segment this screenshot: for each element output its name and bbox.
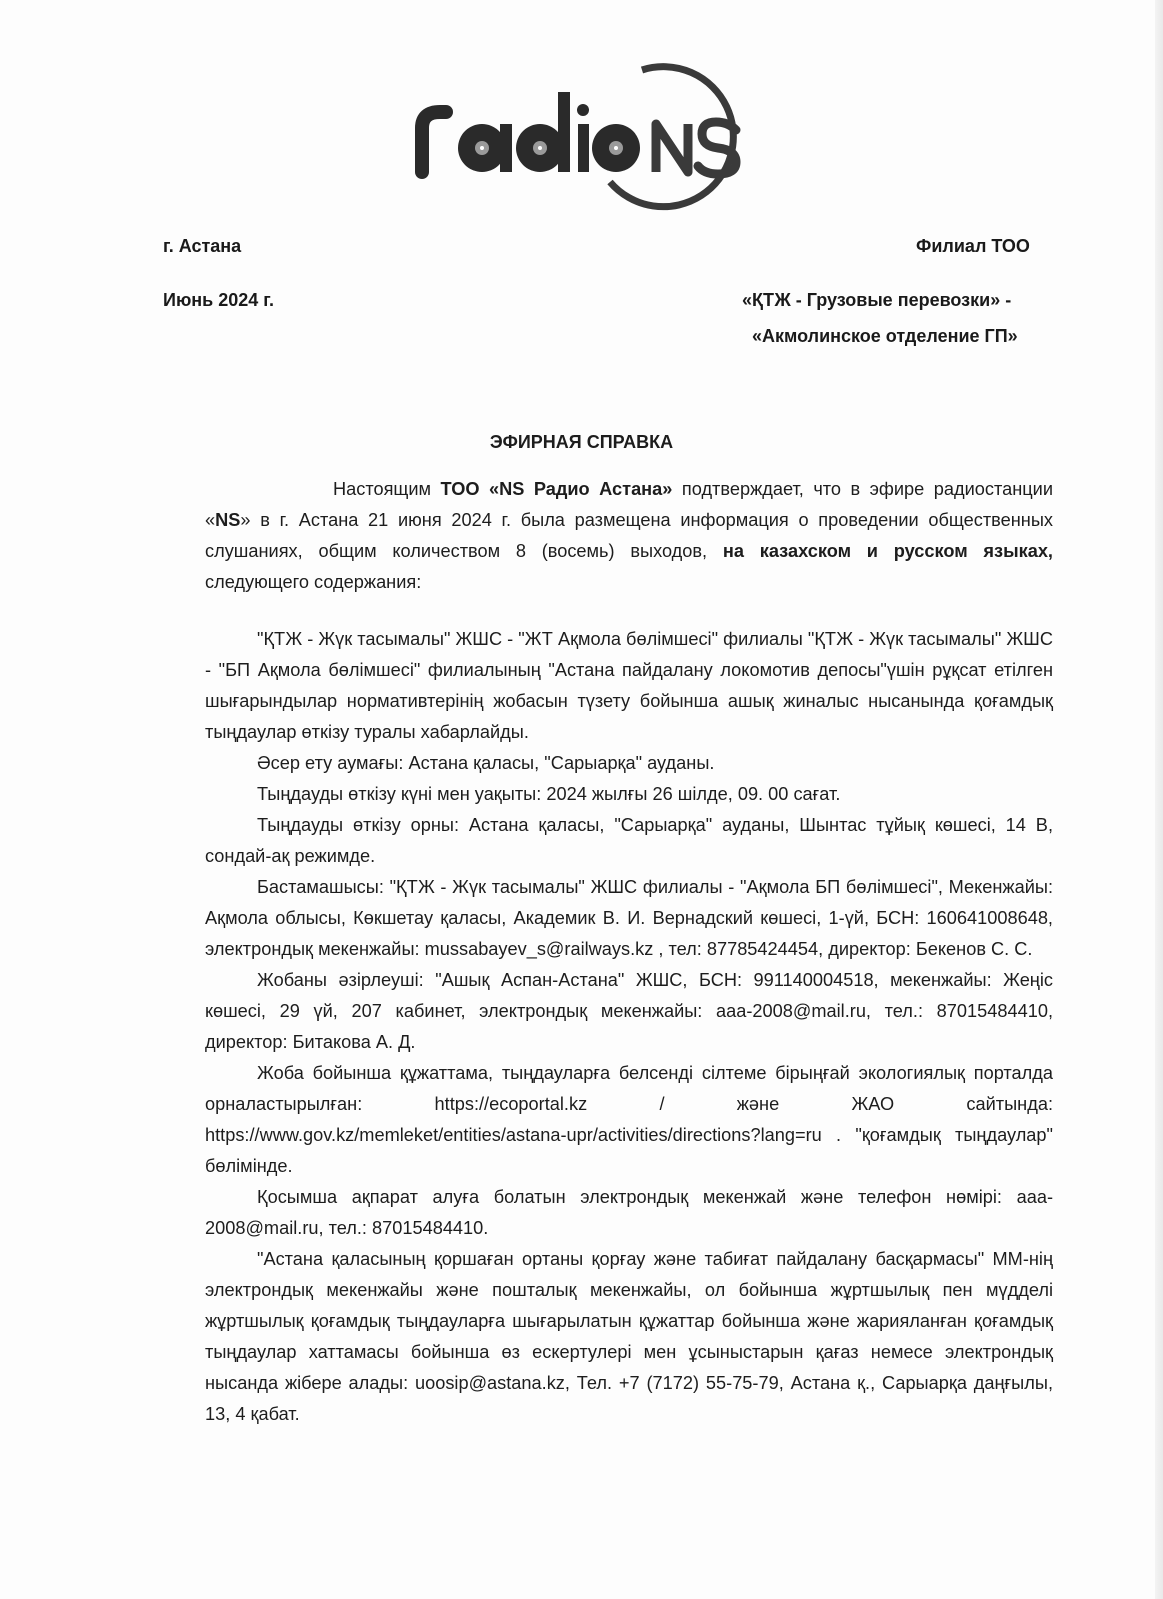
document-page: г. Астана Июнь 2024 г. Филиал ТОО «ҚТЖ -… [0, 0, 1163, 1599]
announcement-paragraph: "ҚТЖ - Жүк тасымалы" ЖШС - "ЖТ Ақмола бө… [205, 624, 1053, 748]
document-title: ЭФИРНАЯ СПРАВКА [0, 432, 1163, 453]
authority-paragraph: "Астана қаласының қоршаған ортаны қорғау… [205, 1244, 1053, 1430]
impact-area-paragraph: Әсер ету аумағы: Астана қаласы, "Сарыарқ… [205, 748, 1053, 779]
header-recipient-line2: «ҚТЖ - Грузовые перевозки» - [742, 290, 1011, 311]
intro-languages: на казахском и русском языках, [723, 541, 1053, 561]
intro-station: NS [215, 510, 240, 530]
developer-paragraph: Жобаны әзірлеуші: "Ашық Аспан-Астана" ЖШ… [205, 965, 1053, 1058]
intro-paragraph: Настоящим ТОО «NS Радио Астана» подтверж… [205, 474, 1053, 598]
header-recipient-line3: «Акмолинское отделение ГП» [752, 326, 1018, 347]
intro-company: ТОО «NS Радио Астана» [441, 479, 673, 499]
intro-text-4: следующего содержания: [205, 572, 421, 592]
header-recipient-line1: Филиал ТОО [916, 236, 1030, 257]
radio-ns-logo-icon [410, 62, 750, 212]
announcement-body: "ҚТЖ - Жүк тасымалы" ЖШС - "ЖТ Ақмола бө… [205, 624, 1053, 1430]
header-city: г. Астана [163, 236, 241, 257]
initiator-paragraph: Бастамашысы: "ҚТЖ - Жүк тасымалы" ЖШС фи… [205, 872, 1053, 965]
radio-ns-logo [410, 62, 750, 212]
intro-text-1: Настоящим [333, 479, 441, 499]
hearing-location-paragraph: Тыңдауды өткізу орны: Астана қаласы, "Са… [205, 810, 1053, 872]
contact-paragraph: Қосымша ақпарат алуға болатын электронды… [205, 1182, 1053, 1244]
hearing-datetime-paragraph: Тыңдауды өткізу күні мен уақыты: 2024 жы… [205, 779, 1053, 810]
scan-edge-shadow [1155, 0, 1163, 1599]
documentation-paragraph: Жоба бойынша құжаттама, тыңдауларға белс… [205, 1058, 1053, 1182]
header-date: Июнь 2024 г. [163, 290, 274, 311]
